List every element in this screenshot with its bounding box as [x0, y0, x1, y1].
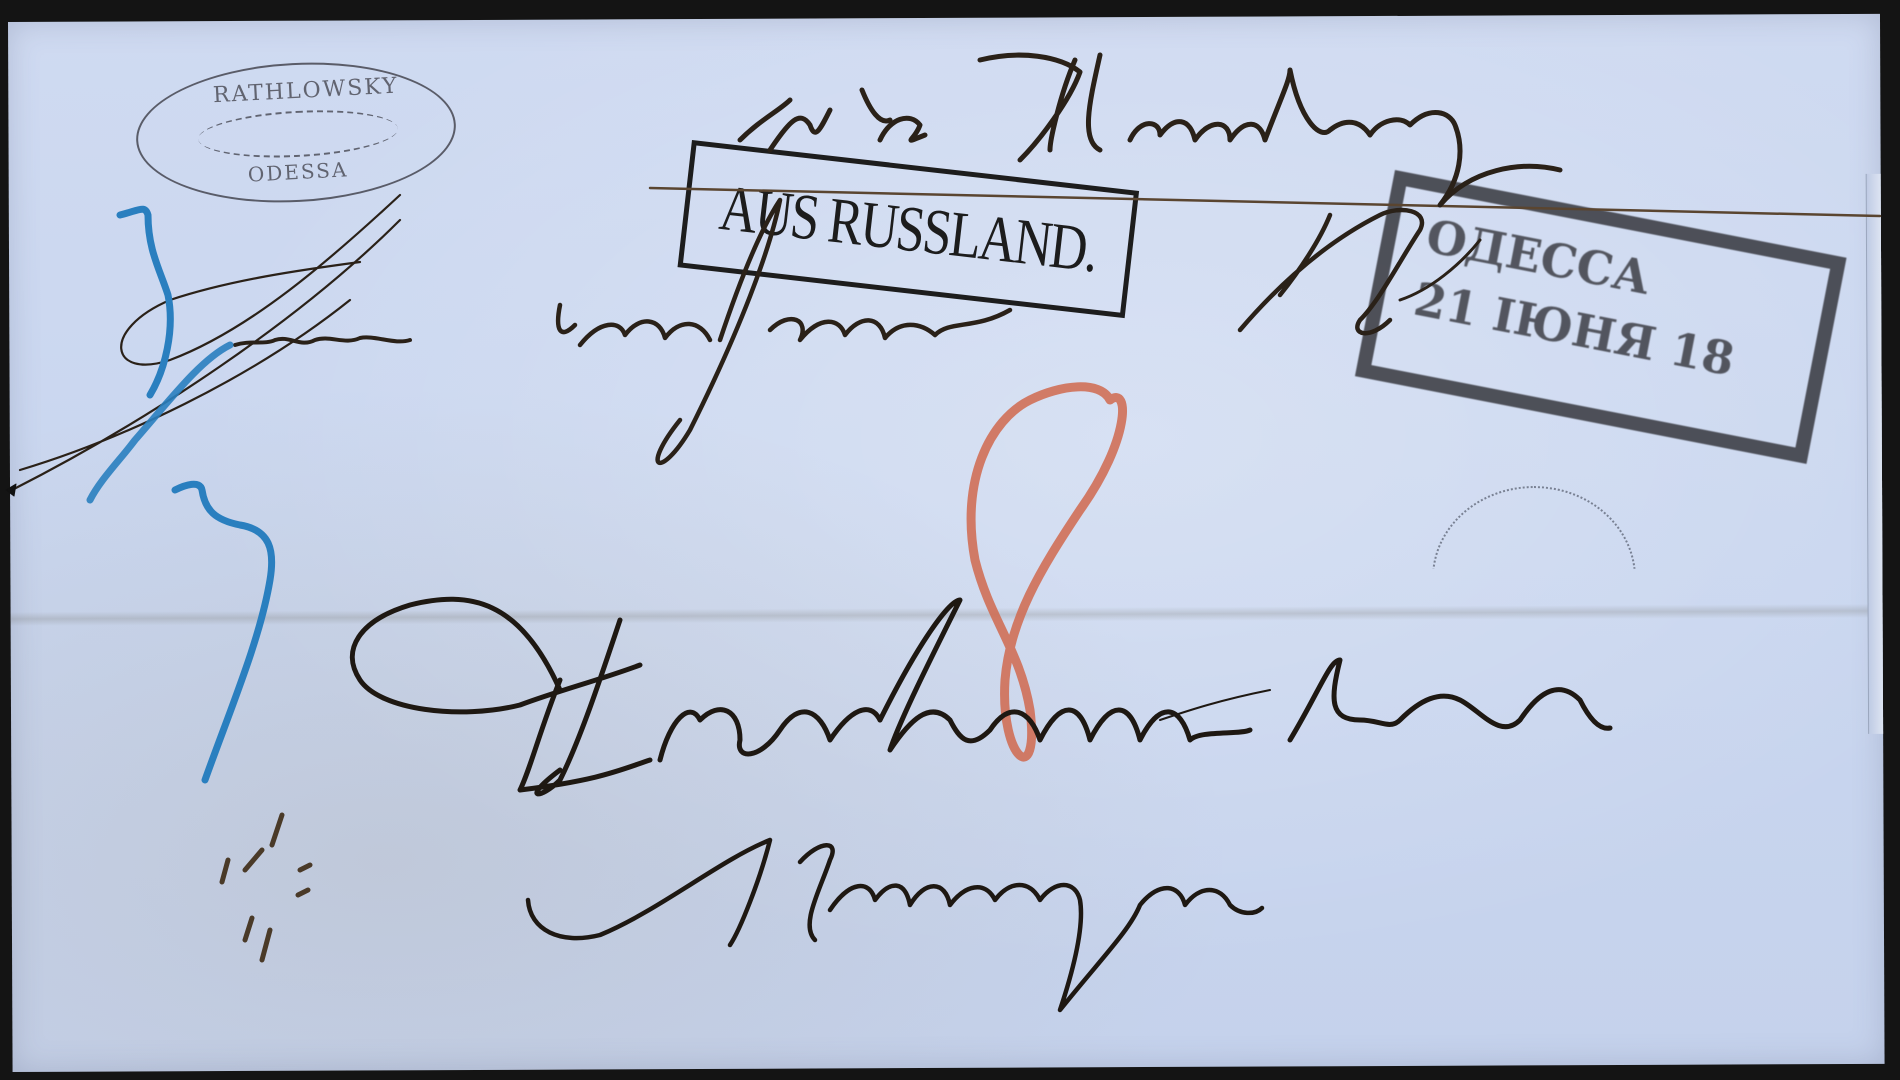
edge-mark-icon: [6, 484, 16, 496]
pencil-note: [222, 815, 310, 960]
blue-crayon-marks: [90, 209, 272, 780]
photo-scene: RATHLOWSKY ODESSA AUS RUSSLAND. ОДЕССА 2…: [0, 0, 1900, 1080]
handwriting-layer: [0, 0, 1900, 1080]
route-handwriting: [740, 55, 1560, 205]
addressee-handwriting: [558, 200, 1480, 463]
salutation-handwriting: [12, 195, 410, 490]
city-handwriting: [352, 599, 1610, 794]
red-crayon-8: [971, 387, 1122, 757]
country-handwriting: [528, 840, 1262, 1010]
ruled-line: [650, 188, 1880, 216]
